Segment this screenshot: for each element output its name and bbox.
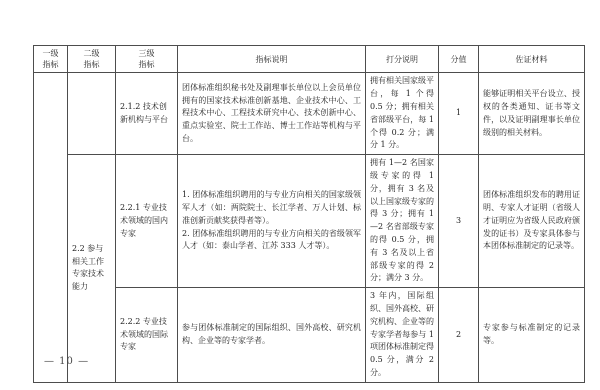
column-header-level2: 二级 指标: [68, 46, 116, 73]
cell-level3-222: 2.2.2 专业技术领域的国际专家: [116, 288, 178, 383]
cell-description-221: 1. 团体标准组织聘用的与专业方向相关的国家级领军人才（如：两院院士、长江学者、…: [178, 155, 366, 288]
evaluation-criteria-table: 一级 指标 二级 指标 三级 指标 指标说明 打分说明 分值 佐证材料 2.1.…: [33, 45, 585, 383]
cell-level3-221: 2.2.1 专业技术领域的国内专家: [116, 155, 178, 288]
column-header-evidence: 佐证材料: [479, 46, 585, 73]
cell-scoring-221: 拥有 1—2 名国家级专家的得 1 分，拥有 3 名及以上国家级专家的得 3 分…: [366, 155, 439, 288]
cell-score-222: 2: [439, 288, 479, 383]
cell-level1-indicator: [34, 73, 68, 382]
column-header-level1: 一级 指标: [34, 46, 68, 73]
table-header-row: 一级 指标 二级 指标 三级 指标 指标说明 打分说明 分值 佐证材料: [34, 46, 585, 73]
table-row-222: 2.2.2 专业技术领域的国际专家 参与团体标准制定的国际组织、国外高校、研究机…: [34, 288, 585, 383]
column-header-description: 指标说明: [178, 46, 366, 73]
document-page: 一级 指标 二级 指标 三级 指标 指标说明 打分说明 分值 佐证材料 2.1.…: [0, 0, 600, 390]
table-row-212: 2.1.2 技术创新机构与平台 团体标准组织秘书处及副理事长单位以上会员单位拥有…: [34, 73, 585, 155]
cell-level2-22: 2.2 参与相关工作专家技术能力: [68, 155, 116, 383]
cell-description-212: 团体标准组织秘书处及副理事长单位以上会员单位拥有的国家技术标准创新基地、企业技术…: [178, 73, 366, 155]
table-row-221: 2.2 参与相关工作专家技术能力 2.2.1 专业技术领域的国内专家 1. 团体…: [34, 155, 585, 288]
cell-score-212: 1: [439, 73, 479, 155]
cell-scoring-212: 拥有相关国家级平台，每 1 个得 0.5 分；拥有相关省部级平台，每 1 个得 …: [366, 73, 439, 155]
cell-scoring-222: 3 年内，国际组织、国外高校、研究机构、企业等的专家学者每参与 1 项团体标准制…: [366, 288, 439, 383]
column-header-level3: 三级 指标: [116, 46, 178, 73]
cell-evidence-221: 团体标准组织发布的聘用证明、专家人才证明（省级人才证明应为省级人民政府颁发的证书…: [479, 155, 585, 288]
cell-level2-empty: [68, 73, 116, 155]
cell-score-221: 3: [439, 155, 479, 288]
column-header-score: 分值: [439, 46, 479, 73]
cell-evidence-212: 能够证明相关平台设立、授权的各类通知、证书等文件，以及证明副理事长单位级别的相关…: [479, 73, 585, 155]
cell-level3-212: 2.1.2 技术创新机构与平台: [116, 73, 178, 155]
column-header-scoring: 打分说明: [366, 46, 439, 73]
page-number: — 10 —: [44, 356, 89, 367]
cell-description-222: 参与团体标准制定的国际组织、国外高校、研究机构、企业等的专家学者。: [178, 288, 366, 383]
cell-evidence-222: 专家参与标准制定的记录等。: [479, 288, 585, 383]
